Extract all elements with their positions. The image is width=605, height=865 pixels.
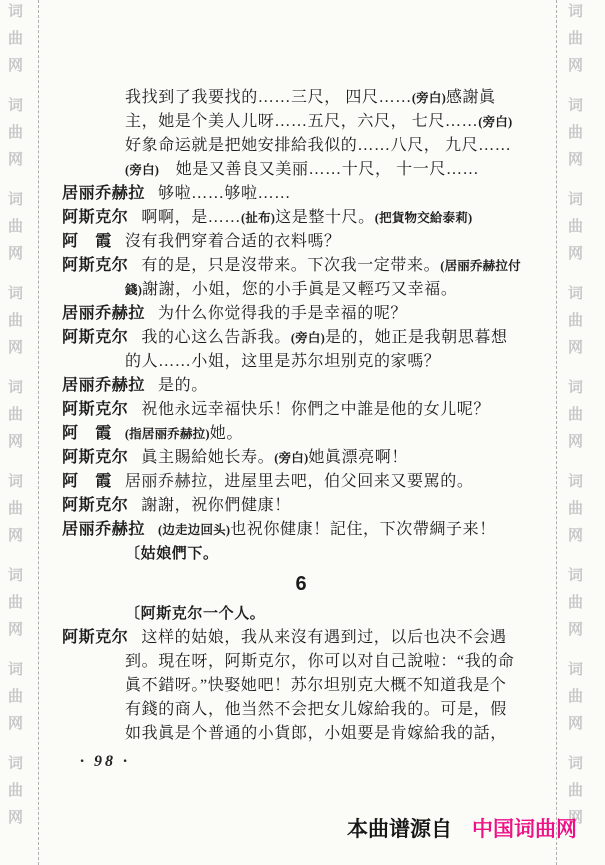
speaker-name: 阿斯克尔 — [62, 497, 128, 514]
dialogue-text: 到。現在呀，阿斯克尔，你可以对自己說啦：“我的命 — [125, 653, 515, 670]
script-line: 的人……小姐，这里是苏尔坦别克的家嗎？ — [62, 350, 540, 374]
speaker-name: 居丽乔赫拉 — [62, 521, 145, 538]
dialogue-text: 这样的姑娘，我从来沒有遇到过，以后也决不会遇 — [141, 629, 506, 646]
dialogue-text: 她眞漂亮啊！ — [308, 449, 408, 466]
speaker-name: 阿 霞 — [62, 473, 112, 490]
watermark-text: 词曲网 — [8, 193, 23, 274]
dialogue-text: 为什么你觉得我的手是幸福的呢？ — [158, 305, 407, 322]
watermark-column-right: 词曲网词曲网词曲网词曲网词曲网词曲网词曲网词曲网词曲网 — [568, 5, 583, 851]
dialogue-text: 是的。 — [158, 377, 208, 394]
watermark-text: 词曲网 — [568, 5, 583, 86]
scanned-script-page: 词曲网词曲网词曲网词曲网词曲网词曲网词曲网词曲网词曲网 词曲网词曲网词曲网词曲网… — [0, 0, 605, 865]
dialogue-text: 她是又善良又美丽……十尺， 十一尺…… — [159, 161, 479, 178]
script-line: 阿斯克尔有的是，只是沒带来。下次我一定带来。(居丽乔赫拉付 — [62, 254, 540, 278]
watermark-text: 词曲网 — [8, 569, 23, 650]
script-line: (旁白) 她是又善良又美丽……十尺， 十一尺…… — [62, 158, 540, 182]
dialogue-text: 如我眞是个普通的小貨郎，小姐要是肯嫁給我的話， — [125, 725, 507, 742]
speaker-name: 居丽乔赫拉 — [62, 377, 145, 394]
watermark-text: 词曲网 — [8, 663, 23, 744]
dialogue-text: 这是整十尺。 — [275, 209, 375, 226]
stage-note: (边走边回头) — [158, 523, 230, 537]
dialogue-text: 也祝你健康！記住，下次帶綢子来！ — [230, 521, 496, 538]
speaker-name: 居丽乔赫拉 — [62, 305, 145, 322]
watermark-text: 词曲网 — [568, 99, 583, 180]
watermark-column-left: 词曲网词曲网词曲网词曲网词曲网词曲网词曲网词曲网词曲网 — [8, 5, 23, 851]
watermark-text: 词曲网 — [8, 475, 23, 556]
dialogue-text: 眞主賜給她长寿。 — [141, 449, 274, 466]
stage-note: (居丽乔赫拉付 — [440, 259, 521, 273]
footer-source-label: 本曲谱源自 — [347, 818, 452, 841]
dialogue-text: 是的，她正是我朝思暮想 — [325, 329, 508, 346]
stage-direction: 〔阿斯克尔一个人。 — [62, 602, 540, 626]
script-line: 我找到了我要找的……三尺， 四尺……(旁白)感謝眞 — [62, 86, 540, 110]
watermark-text: 词曲网 — [568, 287, 583, 368]
speaker-name: 阿斯克尔 — [62, 329, 128, 346]
script-line: 阿斯克尔这样的姑娘，我从来沒有遇到过，以后也决不会遇 — [62, 626, 540, 650]
script-line: 錢)謝謝，小姐，您的小手眞是又輕巧又幸福。 — [62, 278, 540, 302]
watermark-text: 词曲网 — [568, 475, 583, 556]
script-line: 居丽乔赫拉(边走边回头)也祝你健康！記住，下次帶綢子来！ — [62, 518, 540, 542]
dialogue-text: 主，她是个美人儿呀……五尺，六尺， 七尺…… — [125, 113, 478, 130]
script-line: 居丽乔赫拉为什么你觉得我的手是幸福的呢？ — [62, 302, 540, 326]
dialogue-text: 她。 — [210, 425, 243, 442]
section-number: 6 — [62, 566, 540, 602]
stage-note: (旁白) — [291, 331, 325, 345]
script-line: 居丽乔赫拉够啦……够啦…… — [62, 182, 540, 206]
dialogue-text: 〔阿斯克尔一个人。 — [125, 606, 265, 622]
watermark-text: 词曲网 — [568, 663, 583, 744]
dialogue-text: 居丽乔赫拉，进屋里去吧，伯父回来又要駡的。 — [125, 473, 474, 490]
script-line: 眞不錯呀。”快娶她吧！苏尔坦别克大概不知道我是个 — [62, 674, 540, 698]
speaker-name: 阿斯克尔 — [62, 209, 128, 226]
stage-direction: 〔姑娘們下。 — [62, 542, 540, 566]
footer: 本曲谱源自中国词曲网 — [0, 813, 577, 843]
dialogue-text: 眞不錯呀。”快娶她吧！苏尔坦别克大概不知道我是个 — [125, 677, 507, 694]
left-dashed-rule — [38, 0, 39, 865]
script-line: 有錢的商人，他当然不会把女儿嫁給我的。可是，假 — [62, 698, 540, 722]
watermark-text: 词曲网 — [8, 99, 23, 180]
script-line: 如我眞是个普通的小貨郎，小姐要是肯嫁給我的話， — [62, 722, 540, 746]
speaker-name: 阿 霞 — [62, 425, 112, 442]
script-line: 好象命运就是把她安排給我似的……八尺， 九尺…… — [62, 134, 540, 158]
script-line: 阿斯克尔我的心这么告訴我。(旁白)是的，她正是我朝思暮想 — [62, 326, 540, 350]
script-text: 我找到了我要找的……三尺， 四尺……(旁白)感謝眞主，她是个美人儿呀……五尺，六… — [62, 86, 540, 746]
watermark-text: 词曲网 — [568, 569, 583, 650]
speaker-name: 阿斯克尔 — [62, 449, 128, 466]
dialogue-text: 我的心这么告訴我。 — [141, 329, 290, 346]
speaker-name: 阿斯克尔 — [62, 401, 128, 418]
script-line: 阿斯克尔祝他永远幸福快乐！你們之中誰是他的女儿呢？ — [62, 398, 540, 422]
stage-note: (旁白) — [412, 91, 446, 105]
stage-note: (扯布) — [241, 211, 275, 225]
dialogue-text: 感謝眞 — [446, 89, 496, 106]
dialogue-text: 謝謝，小姐，您的小手眞是又輕巧又幸福。 — [142, 281, 457, 298]
watermark-text: 词曲网 — [8, 5, 23, 86]
script-line: 阿 霞沒有我們穿着合适的衣料嗎？ — [62, 230, 540, 254]
stage-note: 錢) — [125, 283, 142, 297]
stage-note: (旁白) — [125, 163, 159, 177]
page-number: · 98 · — [80, 753, 130, 771]
speaker-name: 阿斯克尔 — [62, 257, 128, 274]
script-line: 阿斯克尔謝謝，祝你們健康！ — [62, 494, 540, 518]
script-line: 阿斯克尔眞主賜給她长寿。(旁白)她眞漂亮啊！ — [62, 446, 540, 470]
dialogue-text: 謝謝，祝你們健康！ — [141, 497, 290, 514]
script-line: 居丽乔赫拉是的。 — [62, 374, 540, 398]
dialogue-text: 的人……小姐，这里是苏尔坦别克的家嗎？ — [125, 353, 440, 370]
dialogue-text: 好象命运就是把她安排給我似的……八尺， 九尺…… — [125, 137, 511, 154]
dialogue-text: 沒有我們穿着合适的衣料嗎？ — [125, 233, 341, 250]
dialogue-text: 有的是，只是沒带来。下次我一定带来。 — [141, 257, 440, 274]
script-line: 阿 霞居丽乔赫拉，进屋里去吧，伯父回来又要駡的。 — [62, 470, 540, 494]
watermark-text: 词曲网 — [8, 381, 23, 462]
right-dashed-rule — [556, 0, 557, 865]
dialogue-text: 有錢的商人，他当然不会把女儿嫁給我的。可是，假 — [125, 701, 507, 718]
stage-note: (旁白) — [274, 451, 308, 465]
script-line: 阿斯克尔啊啊，是……(扯布)这是整十尺。(把貨物交給泰莉) — [62, 206, 540, 230]
watermark-text: 词曲网 — [568, 193, 583, 274]
speaker-name: 阿斯克尔 — [62, 629, 128, 646]
script-line: 到。現在呀，阿斯克尔，你可以对自己說啦：“我的命 — [62, 650, 540, 674]
stage-note: (旁白) — [478, 115, 512, 129]
dialogue-text: 祝他永远幸福快乐！你們之中誰是他的女儿呢？ — [141, 401, 490, 418]
watermark-text: 词曲网 — [8, 287, 23, 368]
dialogue-text: 〔姑娘們下。 — [125, 546, 219, 562]
dialogue-text: 够啦……够啦…… — [158, 185, 291, 202]
stage-note: (指居丽乔赫拉) — [125, 427, 210, 441]
dialogue-text: 我找到了我要找的……三尺， 四尺…… — [125, 89, 412, 106]
dialogue-text: 啊啊，是…… — [141, 209, 241, 226]
speaker-name: 阿 霞 — [62, 233, 112, 250]
script-line: 主，她是个美人儿呀……五尺，六尺， 七尺……(旁白) — [62, 110, 540, 134]
stage-note: (把貨物交給泰莉) — [375, 211, 473, 225]
speaker-name: 居丽乔赫拉 — [62, 185, 145, 202]
watermark-text: 词曲网 — [568, 381, 583, 462]
script-line: 阿 霞(指居丽乔赫拉)她。 — [62, 422, 540, 446]
footer-site-name: 中国词曲网 — [472, 818, 577, 841]
